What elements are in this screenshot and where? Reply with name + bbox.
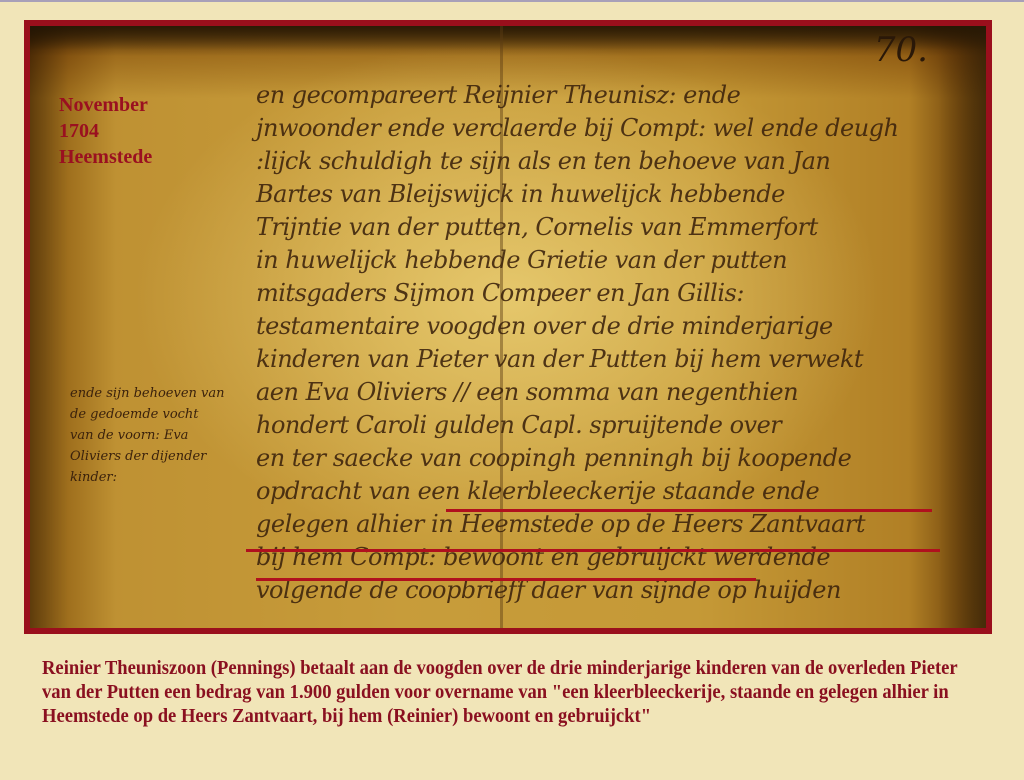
handwritten-line: mitsgaders Sijmon Compeer en Jan Gillis: (256, 279, 744, 307)
handwritten-line: testamentaire voogden over de drie minde… (256, 312, 833, 340)
highlight-underline (246, 549, 940, 552)
date-month: November (59, 92, 152, 118)
handwritten-line: Bartes van Bleijswijck in huwelijck hebb… (256, 180, 785, 208)
handwritten-line: gelegen alhier in Heemstede op de Heers … (256, 510, 865, 538)
handwritten-line: en gecompareert Reijnier Theunisz: ende (256, 81, 740, 109)
handwritten-line: :lijck schuldigh te sijn als en ten beho… (256, 147, 830, 175)
handwritten-line: in huwelijck hebbende Grietie van der pu… (256, 246, 787, 274)
handwritten-line: bij hem Compt: bewoont en gebruijckt wer… (256, 543, 830, 571)
highlight-underline (446, 509, 932, 512)
handwritten-line: Trijntie van der putten, Cornelis van Em… (256, 213, 818, 241)
margin-note-line: de gedoemde vocht (70, 404, 225, 425)
margin-note-line: kinder: (70, 467, 225, 488)
handwritten-line: kinderen van Pieter van der Putten bij h… (256, 345, 863, 373)
manuscript-image: 70. November 1704 Heemstede en gecompare… (30, 26, 986, 628)
folio-number: 70. (874, 30, 928, 70)
margin-note: ende sijn behoeven van de gedoemde vocht… (70, 383, 225, 488)
date-label: November 1704 Heemstede (59, 92, 152, 170)
highlight-underline (256, 578, 756, 581)
date-place: Heemstede (59, 144, 152, 170)
handwritten-line: hondert Caroli gulden Capl. spruijtende … (256, 411, 781, 439)
margin-note-line: ende sijn behoeven van (70, 383, 225, 404)
caption-text: Reinier Theuniszoon (Pennings) betaalt a… (42, 656, 972, 728)
handwritten-line: aen Eva Oliviers // een somma van negent… (256, 378, 798, 406)
date-year: 1704 (59, 118, 152, 144)
top-rule (0, 0, 1024, 2)
manuscript-frame: 70. November 1704 Heemstede en gecompare… (24, 20, 992, 634)
margin-note-line: van de voorn: Eva (70, 425, 225, 446)
margin-note-line: Oliviers der dijender (70, 446, 225, 467)
handwritten-line: en ter saecke van coopingh penningh bij … (256, 444, 851, 472)
handwritten-line: opdracht van een kleerbleeckerije staand… (256, 477, 819, 505)
handwritten-line: jnwoonder ende verclaerde bij Compt: wel… (256, 114, 899, 142)
